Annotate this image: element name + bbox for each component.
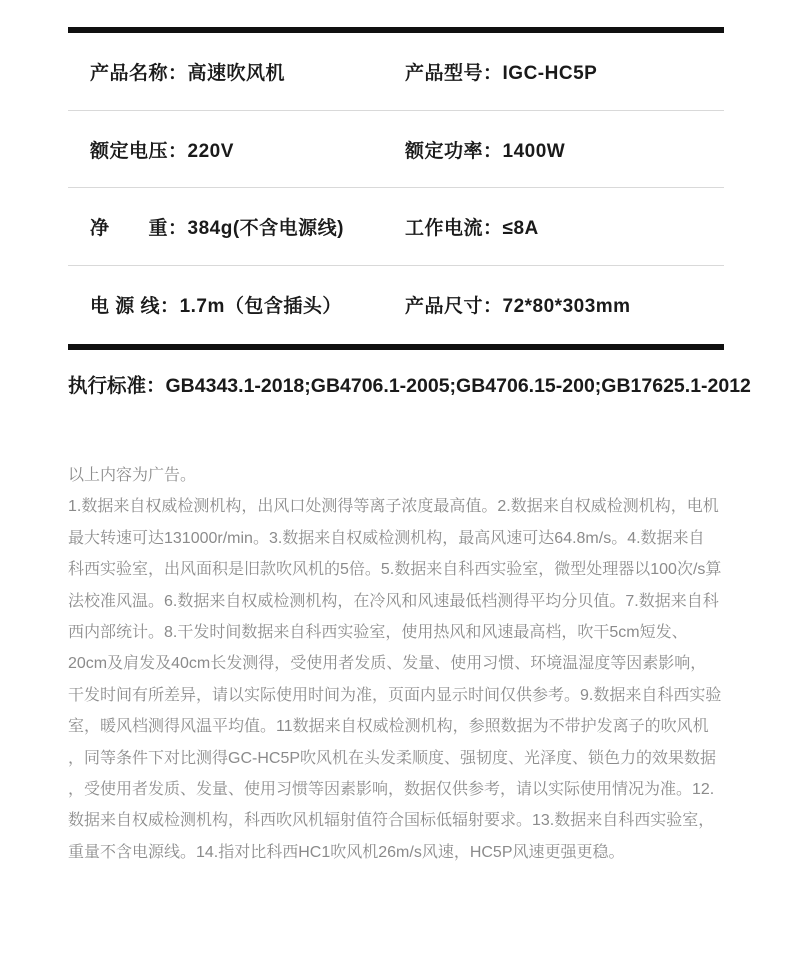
spec-row-voltage-power: 额定电压：220V 额定功率：1400W [68, 111, 724, 189]
product-spec-page: 产品名称：高速吹风机 产品型号：IGC-HC5P 额定电压：220V 额定功率：… [0, 0, 790, 960]
disclaimer-line: ，受使用者发质、发量、使用习惯等因素影响，数据仅供参考，请以实际使用情况为准。1… [68, 774, 728, 805]
disclaimer-line: 西内部统计。8.干发时间数据来自科西实验室，使用热风和风速最高档，吹干5cm短发… [68, 617, 728, 648]
disclaimer-line: 1.数据来自权威检测机构，出风口处测得等离子浓度最高值。2.数据来自权威检测机构… [68, 491, 728, 522]
spec-cell-rated-voltage: 额定电压：220V [68, 136, 405, 163]
spec-row-name-model: 产品名称：高速吹风机 产品型号：IGC-HC5P [68, 33, 724, 111]
disclaimer-line: 以上内容为广告。 [68, 460, 728, 491]
spec-label: 产品型号： [405, 63, 503, 84]
disclaimer-line: 科西实验室，出风面积是旧款吹风机的5倍。5.数据来自科西实验室，微型处理器以10… [68, 554, 728, 585]
spec-cell-product-size: 产品尺寸：72*80*303mm [405, 291, 724, 318]
spec-cell-product-model: 产品型号：IGC-HC5P [405, 58, 724, 85]
disclaimer-line: 重量不含电源线。14.指对比科西HC1吹风机26m/s风速，HC5P风速更强更稳… [68, 837, 728, 868]
standards-value: GB4343.1-2018;GB4706.1-2005;GB4706.15-20… [166, 375, 751, 397]
table-bottom-border [68, 344, 724, 350]
spec-label: 额定功率： [405, 141, 503, 162]
spec-value: 220V [188, 141, 234, 162]
spec-value: 1.7m（包含插头） [180, 296, 342, 317]
spec-value: 384g(不含电源线) [188, 218, 344, 239]
spec-label: 净 重： [90, 218, 188, 239]
standards-label: 执行标准： [68, 375, 166, 397]
disclaimer-line: 法校准风温。6.数据来自权威检测机构，在冷风和风速最低档测得平均分贝值。7.数据… [68, 586, 728, 617]
spec-label: 产品尺寸： [405, 296, 503, 317]
spec-value: 1400W [503, 141, 566, 162]
spec-value: IGC-HC5P [503, 63, 598, 84]
spec-row-weight-current: 净 重：384g(不含电源线) 工作电流：≤8A [68, 188, 724, 266]
disclaimer-line: 数据来自权威检测机构，科西吹风机辐射值符合国标低辐射要求。13.数据来自科西实验… [68, 805, 728, 836]
spec-table: 产品名称：高速吹风机 产品型号：IGC-HC5P 额定电压：220V 额定功率：… [68, 27, 724, 350]
spec-label: 额定电压： [90, 141, 188, 162]
disclaimer-line: 干发时间有所差异，请以实际使用时间为准，页面内显示时间仅供参考。9.数据来自科西… [68, 680, 728, 711]
disclaimer-line: 20cm及肩发及40cm长发测得，受使用者发质、发量、使用习惯、环境温湿度等因素… [68, 648, 728, 679]
spec-value: 72*80*303mm [503, 296, 631, 317]
spec-label: 工作电流： [405, 218, 503, 239]
disclaimer-line: 最大转速可达131000r/min。3.数据来自权威检测机构，最高风速可达64.… [68, 523, 728, 554]
spec-cell-power-cord: 电 源 线：1.7m（包含插头） [68, 291, 405, 318]
spec-row-cord-size: 电 源 线：1.7m（包含插头） 产品尺寸：72*80*303mm [68, 266, 724, 344]
spec-cell-working-current: 工作电流：≤8A [405, 213, 724, 240]
execution-standards: 执行标准：GB4343.1-2018;GB4706.1-2005;GB4706.… [68, 374, 728, 398]
spec-cell-product-name: 产品名称：高速吹风机 [68, 58, 405, 85]
disclaimer-text: 以上内容为广告。1.数据来自权威检测机构，出风口处测得等离子浓度最高值。2.数据… [68, 460, 728, 868]
disclaimer-line: 室，暖风档测得风温平均值。11数据来自权威检测机构，参照数据为不带护发离子的吹风… [68, 711, 728, 742]
spec-label: 产品名称： [90, 63, 188, 84]
disclaimer-line: ，同等条件下对比测得GC-HC5P吹风机在头发柔顺度、强韧度、光泽度、锁色力的效… [68, 743, 728, 774]
spec-label: 电 源 线： [90, 296, 180, 317]
spec-value: ≤8A [503, 218, 539, 239]
spec-cell-rated-power: 额定功率：1400W [405, 136, 724, 163]
spec-value: 高速吹风机 [188, 63, 286, 84]
spec-cell-net-weight: 净 重：384g(不含电源线) [68, 213, 405, 240]
